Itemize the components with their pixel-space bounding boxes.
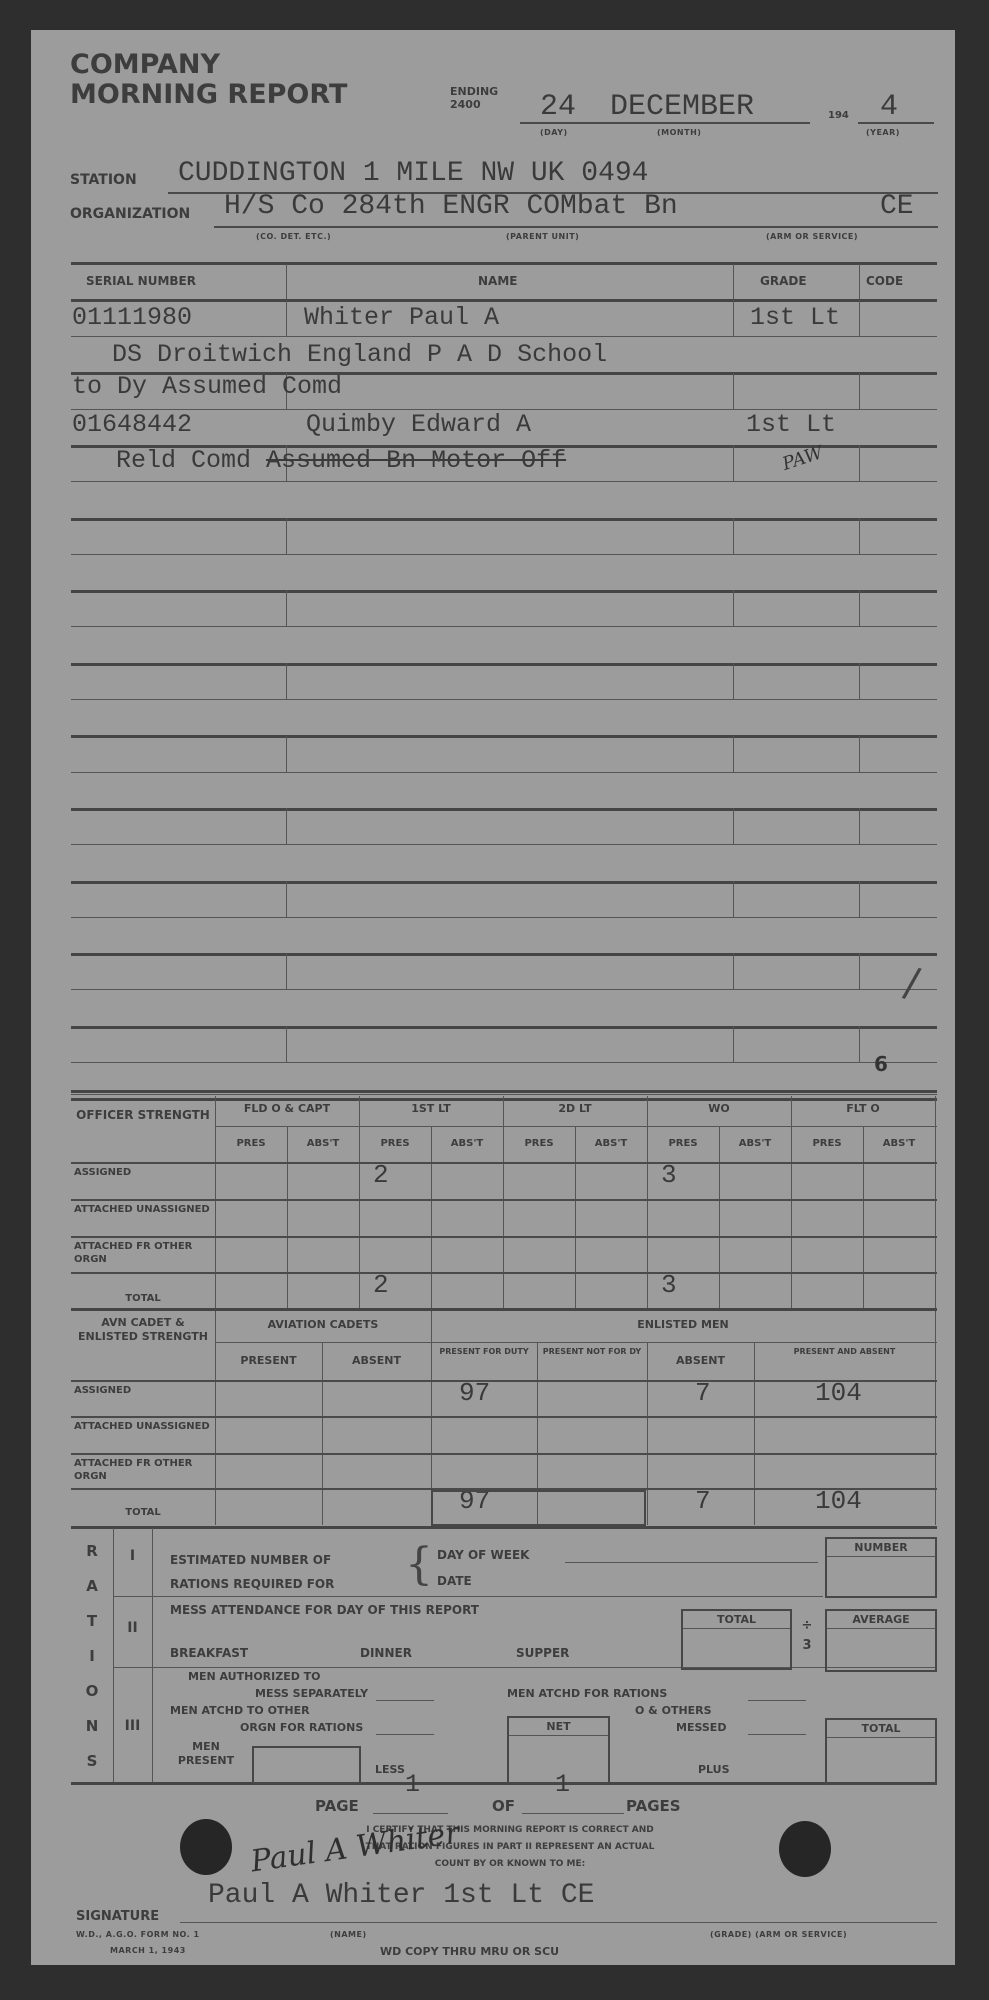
col-divider (733, 373, 734, 409)
mess-total-label: TOTAL (683, 1611, 790, 1629)
enlisted-col-header: ABSENT (326, 1354, 427, 1368)
officer-count: 2 (373, 1160, 389, 1190)
report-day: 24 (540, 90, 576, 124)
officer-group-header: WO (647, 1102, 791, 1115)
mess-separately-label: MESS SEPARATELY (255, 1687, 368, 1700)
men-present-box[interactable] (252, 1746, 361, 1784)
col-divider (859, 445, 860, 481)
typed-signer-name: Paul A Whiter 1st Lt CE (208, 1880, 594, 1911)
col-divider (286, 736, 287, 772)
officer-group-header: 1ST LT (359, 1102, 503, 1115)
rule (71, 989, 937, 990)
brace-icon: { (405, 1540, 433, 1590)
officer-table-top (71, 1090, 937, 1093)
average-label: AVERAGE (827, 1611, 935, 1629)
section-ii-numeral: II (113, 1620, 152, 1636)
rule (71, 1094, 937, 1095)
col-divider (859, 300, 860, 336)
rations-total-label: TOTAL (827, 1720, 935, 1738)
rule (71, 1236, 937, 1238)
remark-text: Reld Comd (116, 446, 251, 475)
month-caption: (MONTH) (657, 128, 701, 137)
rule (71, 699, 937, 700)
col-divider (286, 590, 287, 626)
ration-letter: N (71, 1709, 113, 1744)
report-month: DECEMBER (610, 90, 754, 124)
officer-group-header: FLT O (791, 1102, 935, 1115)
entry-grade: 1st Lt (746, 410, 836, 439)
rule (71, 1453, 937, 1455)
enlisted-row-label: ATTACHED UNASSIGNED (74, 1420, 212, 1433)
col-divider (431, 1126, 432, 1310)
rations-vertical-label: RATIONS (71, 1534, 113, 1779)
col-divider (859, 264, 860, 300)
ration-letter: R (71, 1534, 113, 1569)
men-atchd-other-label: MEN ATCHD TO OTHER (170, 1704, 310, 1717)
parent-unit-caption: (PARENT UNIT) (506, 232, 579, 241)
enlisted-col-header: PRESENT (219, 1354, 318, 1368)
rule (71, 772, 937, 773)
col-divider (859, 663, 860, 699)
rule (71, 1526, 937, 1529)
enlisted-count: 97 (459, 1378, 490, 1408)
rule (71, 554, 937, 555)
section-i-text: ESTIMATED NUMBER OF RATIONS REQUIRED FOR (170, 1548, 334, 1596)
officer-group-header: FLD O & CAPT (215, 1102, 359, 1115)
rule (71, 735, 937, 738)
rule (71, 917, 937, 918)
rule (71, 1416, 937, 1418)
form-date: MARCH 1, 1943 (110, 1946, 186, 1955)
entry-serial: 01648442 (72, 410, 192, 439)
station-value: CUDDINGTON 1 MILE NW UK 0494 (178, 158, 648, 189)
col-divider (733, 300, 734, 336)
plus-label: PLUS (698, 1763, 730, 1776)
form-number: W.D., A.G.O. FORM NO. 1 (76, 1930, 200, 1939)
rule (71, 808, 937, 811)
entry-serial: 01111980 (72, 303, 192, 332)
enlisted-count: 104 (815, 1486, 862, 1516)
date-label: DATE (437, 1574, 472, 1588)
co-caption: (CO. DET. ETC.) (256, 232, 331, 241)
punch-hole (779, 1821, 831, 1877)
officer-sub-header: ABS'T (431, 1138, 503, 1149)
page-field (373, 1813, 448, 1814)
officer-sub-header: PRES (791, 1138, 863, 1149)
enlisted-col-header: PRESENT AND ABSENT (758, 1346, 931, 1358)
report-year: 4 (880, 90, 898, 124)
col-divider (719, 1126, 720, 1310)
enlisted-col-header: PRESENT NOT FOR DY (541, 1346, 643, 1358)
day-of-week-label: DAY OF WEEK (437, 1548, 529, 1562)
officer-sub-header: ABS'T (575, 1138, 647, 1149)
average-box[interactable]: AVERAGE (825, 1609, 937, 1672)
entry-grade: 1st Lt (750, 303, 840, 332)
organization-label: ORGANIZATION (70, 206, 190, 222)
rule (71, 1380, 937, 1382)
rule (71, 953, 937, 956)
enlisted-men-header: ENLISTED MEN (431, 1318, 935, 1331)
struck-remark: Assumed Bn Motor Off (266, 446, 566, 475)
day-of-week-field[interactable] (565, 1562, 818, 1563)
col-divider (322, 1342, 323, 1525)
orgn-for-rations-field[interactable] (376, 1734, 434, 1735)
men-atchd-rations-label: MEN ATCHD FOR RATIONS (507, 1687, 667, 1700)
grade-caption: (GRADE) (ARM OR SERVICE) (710, 1930, 847, 1939)
rule (71, 881, 937, 884)
rule (71, 1199, 937, 1201)
col-divider (286, 663, 287, 699)
men-authorized-label: MEN AUTHORIZED TO (188, 1670, 321, 1683)
rule (71, 1162, 937, 1164)
roster-top-border (71, 262, 937, 265)
col-divider (733, 881, 734, 917)
ending-text: ENDING (450, 85, 498, 98)
title-line-2: MORNING REPORT (70, 80, 347, 110)
men-present-label: MEN PRESENT (160, 1740, 252, 1768)
col-divider (859, 373, 860, 409)
officer-row-label: ATTACHED UNASSIGNED (74, 1203, 212, 1216)
col-divider (575, 1126, 576, 1310)
col-divider (791, 1096, 792, 1310)
col-divider (863, 1126, 864, 1310)
others-label: O & OTHERS (635, 1704, 712, 1717)
number-box-label: NUMBER (827, 1539, 935, 1557)
officer-count: 3 (661, 1160, 677, 1190)
rule (71, 1782, 937, 1785)
punch-hole (180, 1819, 232, 1875)
col-divider (935, 1096, 936, 1310)
col-divider (935, 1311, 936, 1525)
rule (71, 518, 937, 521)
officer-strength-title: OFFICER STRENGTH (71, 1108, 215, 1123)
col-header-grade: GRADE (760, 274, 807, 288)
rule (71, 663, 937, 666)
year-prefix: 194 (828, 110, 849, 121)
day-caption: (DAY) (540, 128, 568, 137)
rule (71, 626, 937, 627)
mess-attendance-label: MESS ATTENDANCE FOR DAY OF THIS REPORT (170, 1603, 479, 1617)
col-divider (647, 1342, 648, 1525)
col-header-name: NAME (478, 274, 517, 288)
col-divider (859, 881, 860, 917)
col-header-serial: SERIAL NUMBER (86, 274, 196, 288)
entry-remark: to Dy Assumed Comd (72, 372, 342, 401)
net-label: NET (509, 1718, 608, 1736)
rule (215, 1342, 937, 1343)
pages-label: PAGES (626, 1797, 681, 1815)
pages-field (522, 1813, 624, 1814)
col-divider (859, 953, 860, 989)
entry-remark: DS Droitwich England P A D School (112, 340, 607, 369)
section-iii-numeral: III (113, 1718, 152, 1734)
officer-row-label: TOTAL (74, 1292, 212, 1305)
ration-letter: S (71, 1744, 113, 1779)
aviation-cadets-header: AVIATION CADETS (215, 1318, 431, 1331)
col-divider (286, 1026, 287, 1062)
less-label: LESS (375, 1763, 405, 1776)
ending-label: ENDING 2400 (450, 85, 498, 111)
col-divider (733, 953, 734, 989)
rule (215, 1126, 937, 1127)
divide-by-three: ÷ 3 (796, 1616, 818, 1656)
number-box[interactable]: NUMBER (825, 1537, 937, 1598)
margin-mark: 6 (874, 1052, 888, 1076)
officer-group-header: 2D LT (503, 1102, 647, 1115)
routing-note: WD COPY THRU MRU OR SCU (380, 1945, 559, 1958)
messed-field[interactable] (748, 1734, 806, 1735)
ending-time: 2400 (450, 98, 498, 111)
col-divider (859, 590, 860, 626)
col-divider (286, 300, 287, 336)
col-divider (733, 1026, 734, 1062)
col-divider (733, 445, 734, 481)
col-divider (733, 590, 734, 626)
ration-letter: T (71, 1604, 113, 1639)
officer-count: 3 (661, 1270, 677, 1300)
rule (113, 1667, 937, 1668)
orgn-for-rations-label: ORGN FOR RATIONS (240, 1721, 363, 1734)
entry-name: Quimby Edward A (306, 410, 531, 439)
rule (71, 336, 937, 337)
mess-total-box[interactable]: TOTAL (681, 1609, 792, 1670)
rations-total-box[interactable]: TOTAL (825, 1718, 937, 1785)
col-divider (215, 1311, 216, 1525)
enlisted-count: 104 (815, 1378, 862, 1408)
ration-letter: I (71, 1639, 113, 1674)
col-divider (287, 1126, 288, 1310)
officer-sub-header: PRES (215, 1138, 287, 1149)
form-title: COMPANY MORNING REPORT (70, 50, 347, 110)
col-divider (754, 1342, 755, 1525)
ration-letter: O (71, 1674, 113, 1709)
title-line-1: COMPANY (70, 50, 347, 80)
officer-sub-header: ABS'T (719, 1138, 791, 1149)
col-divider (286, 518, 287, 554)
enlisted-strength-title: AVN CADET & ENLISTED STRENGTH (71, 1316, 215, 1344)
enlisted-count: 7 (695, 1486, 711, 1516)
col-divider (733, 264, 734, 300)
rule (113, 1596, 823, 1597)
col-divider (647, 1096, 648, 1310)
enlisted-row-label: ATTACHED FR OTHER ORGN (74, 1457, 212, 1483)
text-line: ESTIMATED NUMBER OF (170, 1548, 334, 1572)
col-divider (733, 736, 734, 772)
col-divider (503, 1096, 504, 1310)
mess-separately-field[interactable] (376, 1700, 434, 1701)
rule (71, 844, 937, 845)
text-line: RATIONS REQUIRED FOR (170, 1572, 334, 1596)
arm-of-service-value: CE (880, 191, 914, 222)
officer-sub-header: PRES (647, 1138, 719, 1149)
divide-icon: ÷ (796, 1616, 818, 1636)
organization-underline (214, 226, 938, 228)
officer-row-label: ASSIGNED (74, 1166, 212, 1179)
station-label: STATION (70, 172, 137, 188)
col-divider (859, 736, 860, 772)
col-divider (859, 518, 860, 554)
year-caption: (YEAR) (866, 128, 900, 137)
of-label: OF (492, 1797, 515, 1815)
enlisted-row-label: TOTAL (74, 1506, 212, 1519)
enlisted-count: 7 (695, 1378, 711, 1408)
rule (71, 481, 937, 482)
officer-row-label: ATTACHED FR OTHER ORGN (74, 1240, 212, 1266)
rule (71, 299, 937, 302)
officer-sub-header: ABS'T (287, 1138, 359, 1149)
arm-caption: (ARM OR SERVICE) (766, 232, 858, 241)
breakfast-label: BREAKFAST (170, 1646, 248, 1660)
men-atchd-rations-field[interactable] (748, 1700, 806, 1701)
page-number: 1 (405, 1770, 420, 1799)
officer-sub-header: ABS'T (863, 1138, 935, 1149)
col-divider (215, 1096, 216, 1310)
messed-label: MESSED (676, 1721, 726, 1734)
page-label: PAGE (315, 1797, 359, 1815)
col-divider (733, 808, 734, 844)
officer-sub-header: PRES (359, 1138, 431, 1149)
signature-label: SIGNATURE (76, 1909, 159, 1924)
dinner-label: DINNER (360, 1646, 412, 1660)
section-i-numeral: I (113, 1548, 152, 1564)
rule (71, 1308, 937, 1311)
signature-line (180, 1922, 937, 1923)
col-divider (733, 518, 734, 554)
divisor: 3 (796, 1636, 818, 1656)
officer-sub-header: PRES (503, 1138, 575, 1149)
col-header-code: CODE (866, 274, 903, 288)
officer-count: 2 (373, 1270, 389, 1300)
rule (71, 1026, 937, 1029)
organization-value: H/S Co 284th ENGR COMbat Bn (224, 191, 678, 222)
col-divider (859, 1026, 860, 1062)
col-divider (286, 953, 287, 989)
rule (71, 1272, 937, 1274)
name-caption: (NAME) (330, 1930, 367, 1939)
col-divider (152, 1528, 153, 1782)
rule (71, 1062, 937, 1063)
entry-name: Whiter Paul A (304, 303, 499, 332)
col-divider (286, 881, 287, 917)
col-divider (859, 808, 860, 844)
rule (71, 590, 937, 593)
text-line: PRESENT (160, 1754, 252, 1768)
text-line: MEN (160, 1740, 252, 1754)
col-divider (286, 808, 287, 844)
rule (71, 1098, 937, 1101)
entry-remark: Reld Comd Assumed Bn Motor Off (116, 446, 566, 475)
page-total: 1 (555, 1770, 570, 1799)
total-present-box (431, 1490, 646, 1526)
col-divider (733, 663, 734, 699)
enlisted-col-header: PRESENT FOR DUTY (435, 1346, 533, 1358)
ration-letter: A (71, 1569, 113, 1604)
col-divider (359, 1096, 360, 1310)
col-divider (286, 264, 287, 300)
supper-label: SUPPER (516, 1646, 569, 1660)
enlisted-col-header: ABSENT (651, 1354, 750, 1368)
col-divider (113, 1528, 114, 1782)
enlisted-row-label: ASSIGNED (74, 1384, 212, 1397)
